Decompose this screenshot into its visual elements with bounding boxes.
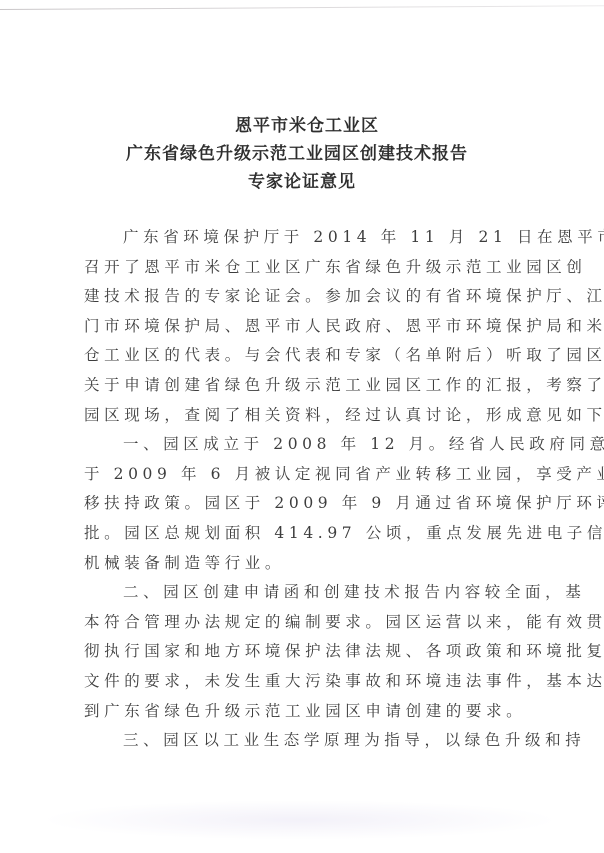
text-line: 三、园区以工业生态学原理为指导，以绿色升级和持 (84, 726, 509, 756)
text-line: 广东省环境保护厅于 2014 年 11 月 21 日在恩平市组织 (84, 223, 509, 253)
text-line: 文件的要求，未发生重大污染事故和环境违法事件，基本达 (84, 667, 509, 697)
title-line-park-name: 恩平市米仓工业区 (10, 112, 604, 140)
text-line: 召开了恩平市米仓工业区广东省绿色升级示范工业园区创 (84, 253, 509, 283)
paragraph-intro: 广东省环境保护厅于 2014 年 11 月 21 日在恩平市组织 召开了恩平市米… (84, 223, 509, 430)
title-line-opinion: 专家论证意见 (0, 168, 604, 196)
text-line: 门市环境保护局、恩平市人民政府、恩平市环境保护局和米 (84, 312, 509, 342)
text-line: 本符合管理办法规定的编制要求。园区运营以来，能有效贯 (84, 608, 509, 638)
text-line: 机械装备制造等行业。 (84, 549, 509, 579)
paragraph-item-2: 二、园区创建申请函和创建技术报告内容较全面，基 本符合管理办法规定的编制要求。园… (84, 578, 509, 726)
text-line: 到广东省绿色升级示范工业园区申请创建的要求。 (84, 697, 509, 727)
text-line: 彻执行国家和地方环境保护法律法规、各项政策和环境批复 (84, 637, 509, 667)
text-line: 关于申请创建省绿色升级示范工业园区工作的汇报，考察了 (84, 371, 509, 401)
text-line: 仓工业区的代表。与会代表和专家（名单附后）听取了园区 (84, 341, 509, 371)
paragraph-item-3: 三、园区以工业生态学原理为指导，以绿色升级和持 (84, 726, 509, 756)
text-line: 移扶持政策。园区于 2009 年 9 月通过省环境保护厅环评审 (84, 489, 509, 519)
text-line: 建技术报告的专家论证会。参加会议的有省环境保护厅、江 (84, 282, 509, 312)
text-line: 一、园区成立于 2008 年 12 月。经省人民政府同意， (84, 430, 509, 460)
text-line: 园区现场，查阅了相关资料，经过认真讨论，形成意见如下： (84, 401, 509, 431)
title-line-report-name: 广东省绿色升级示范工业园区创建技术报告 (0, 140, 604, 168)
paragraph-item-1: 一、园区成立于 2008 年 12 月。经省人民政府同意， 于 2009 年 6… (84, 430, 509, 578)
text-line: 批。园区总规划面积 414.97 公顷，重点发展先进电子信息、 (84, 519, 509, 549)
document-title: 恩平市米仓工业区 广东省绿色升级示范工业园区创建技术报告 专家论证意见 (0, 112, 604, 196)
document-page: 恩平市米仓工业区 广东省绿色升级示范工业园区创建技术报告 专家论证意见 广东省环… (0, 0, 604, 853)
document-body: 广东省环境保护厅于 2014 年 11 月 21 日在恩平市组织 召开了恩平市米… (84, 223, 509, 756)
text-line: 于 2009 年 6 月被认定视同省产业转移工业园，享受产业转 (84, 460, 509, 490)
text-line: 二、园区创建申请函和创建技术报告内容较全面，基 (84, 578, 509, 608)
